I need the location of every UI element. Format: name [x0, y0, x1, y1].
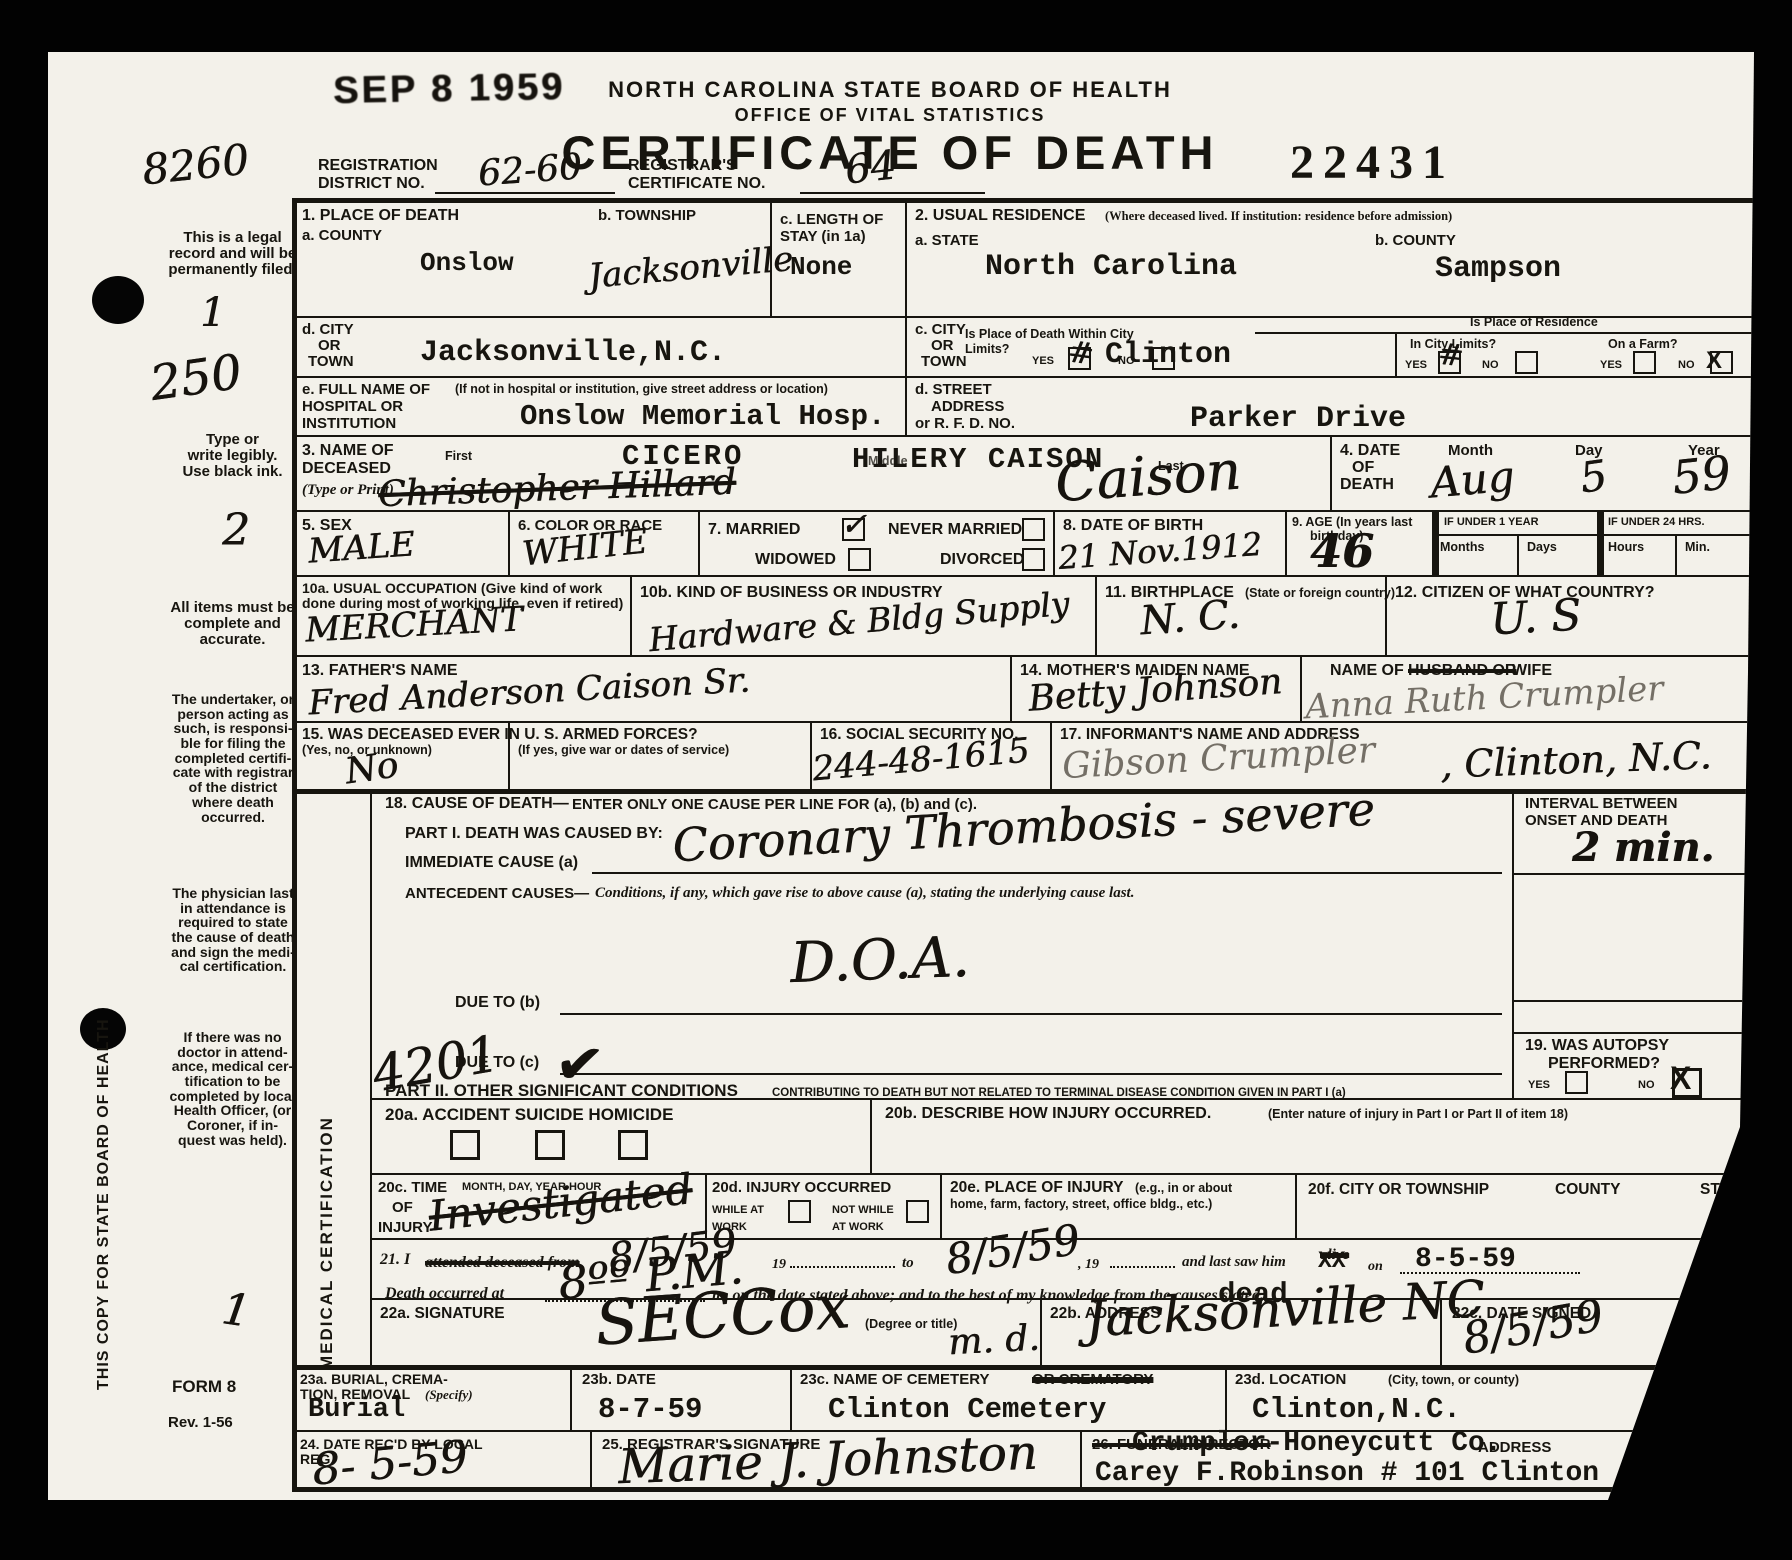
org-office: OFFICE OF VITAL STATISTICS — [450, 106, 1330, 125]
due-to-b-value: D.O.A. — [789, 925, 971, 996]
armed-forces-label: 15. WAS DECEASED EVER IN U. S. ARMED FOR… — [302, 727, 698, 743]
county-value: Onslow — [420, 248, 514, 278]
yes-label: YES — [1405, 360, 1427, 372]
year-19-prefix: 19 — [772, 1258, 786, 1273]
time-of-injury-label3: INJURY — [378, 1220, 432, 1236]
describe-injury-label: 20b. DESCRIBE HOW INJURY OCCURRED. — [885, 1106, 1211, 1123]
if-under-1-year-label: IF UNDER 1 YEAR — [1444, 517, 1539, 529]
margin-handwritten-8260: 8260 — [140, 135, 251, 195]
accident-checkbox — [450, 1130, 480, 1160]
not-while-at-work-checkbox — [906, 1200, 929, 1223]
hospital-label2: HOSPITAL OR — [302, 399, 403, 415]
autopsy-label: 19. WAS AUTOPSY — [1525, 1038, 1669, 1055]
hospital-label: e. FULL NAME OF — [302, 382, 430, 398]
sex-value: MALE — [307, 524, 416, 571]
birthplace-value: N. C. — [1139, 592, 1242, 645]
married-checkmark: ✓ — [840, 505, 867, 543]
street-address-label3: or R. F. D. NO. — [915, 416, 1015, 432]
last-saw-label: and last saw him — [1182, 1255, 1286, 1271]
org-name: NORTH CAROLINA STATE BOARD OF HEALTH — [450, 78, 1330, 101]
township-value: Jacksonville — [587, 239, 795, 297]
antecedent-label2: Conditions, if any, which gave rise to a… — [595, 886, 1134, 902]
spouse-name-label: NAME OF — [1330, 663, 1404, 680]
while-at-work-label: WHILE AT — [712, 1205, 764, 1217]
part2-label2: CONTRIBUTING TO DEATH BUT NOT RELATED TO… — [772, 1087, 1346, 1099]
degree-value: m. d. — [947, 1318, 1041, 1364]
location-label: 23d. LOCATION — [1235, 1372, 1346, 1388]
not-while-at-work-label: NOT WHILE — [832, 1205, 894, 1217]
injury-occurred-label: 20d. INJURY OCCURRED — [712, 1180, 891, 1196]
homicide-checkbox — [618, 1130, 648, 1160]
min-label: Min. — [1685, 541, 1710, 554]
residence-city-label2: OR — [931, 338, 954, 354]
death-year-value: 59 — [1669, 445, 1733, 505]
interval-value: 2 min. — [1572, 824, 1714, 871]
street-address-value: Parker Drive — [1190, 402, 1406, 436]
never-married-label: NEVER MARRIED — [888, 522, 1022, 539]
citizen-value: U. S — [1489, 590, 1583, 646]
registration-district-label2: DISTRICT NO. — [318, 176, 425, 193]
cemetery-label: 23c. NAME OF CEMETERY — [800, 1372, 989, 1388]
to-label: to — [902, 1256, 914, 1272]
attended-to-date: 8/5/59 — [942, 1215, 1083, 1285]
if-under-24-hrs-label: IF UNDER 24 HRS. — [1608, 517, 1705, 529]
injury-city-label: 20f. CITY OR TOWNSHIP — [1308, 1182, 1489, 1198]
autopsy-yes-checkbox — [1565, 1071, 1588, 1094]
while-at-work-checkbox — [788, 1200, 811, 1223]
death-day-value: 5 — [1577, 450, 1610, 502]
street-address-label: d. STREET — [915, 382, 992, 398]
usual-residence-label: 2. USUAL RESIDENCE — [915, 208, 1085, 225]
form-revision: Rev. 1-56 — [168, 1415, 233, 1431]
residence-city-value: Clinton — [1105, 338, 1231, 372]
informant-address-value: , Clinton, N.C. — [1439, 733, 1712, 786]
registrar-certificate-label2: CERTIFICATE NO. — [628, 176, 765, 193]
injury-state-label: STATE — [1700, 1182, 1749, 1198]
paper: SEP 8 1959 NORTH CAROLINA STATE BOARD OF… — [48, 52, 1758, 1500]
no-label: NO — [1482, 360, 1499, 372]
residence-city-label3: TOWN — [921, 354, 967, 370]
residence-state-value: North Carolina — [985, 250, 1237, 284]
never-married-checkbox — [1022, 518, 1045, 541]
cemetery-value: Clinton Cemetery — [828, 1393, 1106, 1426]
death-certificate-scan: SEP 8 1959 NORTH CAROLINA STATE BOARD OF… — [0, 0, 1792, 1560]
yes-label: YES — [1600, 360, 1622, 372]
township-label: b. TOWNSHIP — [598, 208, 696, 224]
length-of-stay-value: None — [790, 252, 852, 282]
date-of-death-label3: DEATH — [1340, 477, 1394, 494]
length-of-stay-label2: STAY (in 1a) — [780, 229, 866, 245]
date-of-death-label2: OF — [1352, 460, 1374, 477]
armed-forces-paren2: (If yes, give war or dates of service) — [518, 744, 729, 757]
months-label: Months — [1440, 541, 1484, 554]
yes-checkbox — [1633, 351, 1656, 374]
part1-label: PART I. DEATH WAS CAUSED BY: — [405, 826, 663, 843]
length-of-stay-label: c. LENGTH OF — [780, 212, 883, 228]
birthplace-paren: (State or foreign country) — [1245, 587, 1395, 600]
yes-checkmark: # — [1066, 334, 1096, 372]
registration-district-value: 62-60 — [477, 146, 583, 194]
on-label: on — [1368, 1260, 1383, 1275]
residence-state-label: a. STATE — [915, 233, 979, 249]
yes-label: YES — [1032, 356, 1054, 368]
not-while-at-work-label2: AT WORK — [832, 1222, 884, 1234]
antecedent-label: ANTECEDENT CAUSES— — [405, 886, 589, 902]
days-label: Days — [1527, 541, 1557, 554]
suicide-checkbox — [535, 1130, 565, 1160]
burial-date-value: 8-7-59 — [598, 1393, 702, 1426]
burial-value: Burial — [308, 1395, 405, 1425]
name-of-deceased-label: 3. NAME OF — [302, 443, 394, 460]
attended-label: 21. I — [380, 1252, 410, 1269]
age-value: 46 — [1310, 524, 1374, 578]
yes-checkmark: # — [1436, 337, 1465, 374]
residence-county-label: b. COUNTY — [1375, 233, 1456, 249]
time-of-injury-label2: OF — [392, 1200, 413, 1216]
city-label3: TOWN — [308, 354, 354, 370]
place-of-death-label: 1. PLACE OF DEATH — [302, 208, 459, 225]
interval-label: INTERVAL BETWEEN — [1525, 796, 1678, 812]
hospital-label-paren: (If not in hospital or institution, give… — [455, 383, 828, 396]
place-of-injury-paren2: home, farm, factory, street, office bldg… — [950, 1198, 1212, 1211]
injury-county-label: COUNTY — [1555, 1182, 1620, 1198]
part2-checkmark: ✔ — [552, 1028, 607, 1101]
burial-label: 23a. BURIAL, CREMA- — [300, 1372, 448, 1387]
usual-residence-paren: (Where deceased lived. If institution: r… — [1105, 210, 1452, 223]
punch-hole — [92, 276, 144, 324]
registration-district-label: REGISTRATION — [318, 158, 438, 175]
year-19-prefix2: , 19 — [1078, 1258, 1099, 1273]
hospital-label3: INSTITUTION — [302, 416, 396, 432]
no-checkbox — [1515, 351, 1538, 374]
location-paren: (City, town, or county) — [1388, 1374, 1519, 1387]
deceased-name-struck-handwritten: Christopher Hillard — [377, 462, 736, 515]
physician-address-value: Jacksonville NC — [1084, 1270, 1486, 1349]
city-limits-question2: Limits? — [965, 343, 1009, 356]
place-of-injury-label: 20e. PLACE OF INJURY — [950, 1180, 1123, 1196]
divorced-label: DIVORCED — [940, 552, 1024, 569]
on-a-farm-label: On a Farm? — [1608, 338, 1677, 351]
funeral-home-value: Crumpler-Honeycutt Co. — [1132, 1428, 1502, 1459]
city-label2: OR — [318, 338, 341, 354]
funeral-director-value: Carey F.Robinson # 101 Clinton — [1095, 1458, 1599, 1489]
place-of-injury-paren: (e.g., in or about — [1135, 1182, 1232, 1195]
xx-overstrike: XX — [1318, 1248, 1346, 1274]
form-number: FORM 8 — [172, 1378, 236, 1396]
burial-date-label: 23b. DATE — [582, 1372, 656, 1388]
or-crematory-struck: OR CREMATORY — [1032, 1372, 1153, 1388]
no-label: NO — [1638, 1080, 1655, 1092]
armed-forces-value: No — [342, 744, 400, 792]
autopsy-no-x-mark: X — [1670, 1062, 1691, 1096]
residence-county-value: Sampson — [1435, 252, 1561, 286]
death-occurred-label: Death occurred at — [385, 1286, 504, 1303]
hours-label: Hours — [1608, 541, 1644, 554]
widowed-checkbox — [848, 548, 871, 571]
margin-note-complete: All items must be complete and accurate. — [150, 600, 315, 647]
margin-mark-250: 250 — [147, 344, 246, 412]
county-label: a. COUNTY — [302, 228, 382, 244]
registrar-certificate-label: REGISTRAR'S — [628, 158, 737, 175]
margin-note-legal: This is a legal record and will be perma… — [150, 230, 315, 277]
medical-certification-strip: MEDICAL CERTIFICATION — [318, 930, 336, 1370]
immediate-cause-label: IMMEDIATE CAUSE (a) — [405, 855, 578, 872]
married-label: 7. MARRIED — [708, 522, 800, 539]
accident-suicide-homicide-label: 20a. ACCIDENT SUICIDE HOMICIDE — [385, 1106, 673, 1124]
year-19-prefix3: 19 — [1718, 1262, 1732, 1277]
date-of-death-label: 4. DATE — [1340, 443, 1400, 460]
burial-specify-label: (Specify) — [425, 1388, 473, 1402]
no-label: NO — [1678, 360, 1695, 372]
location-state-label: (State) — [1652, 1380, 1691, 1393]
describe-injury-paren: (Enter nature of injury in Part I or Par… — [1268, 1108, 1568, 1121]
signature-label: 22a. SIGNATURE — [380, 1306, 505, 1322]
margin-note-legibly: Type or write legibly. Use black ink. — [150, 432, 315, 479]
margin-vertical-note: THIS COPY FOR STATE BOARD OF HEALTH — [96, 560, 113, 1390]
street-address-label2: ADDRESS — [931, 399, 1004, 415]
no-x-mark: X — [1706, 348, 1722, 373]
occupation-label: 10a. USUAL OCCUPATION (Give kind of work — [302, 581, 602, 596]
residence-city-label: c. CITY — [915, 322, 966, 338]
degree-or-title-label: (Degree or title) — [865, 1318, 957, 1331]
death-month-value: Aug — [1428, 451, 1516, 507]
location-value: Clinton,N.C. — [1252, 1393, 1461, 1426]
margin-mark-1: 1 — [200, 290, 225, 336]
registrar-certificate-value: 64 — [843, 142, 898, 193]
widowed-label: WIDOWED — [755, 552, 836, 569]
hospital-value: Onslow Memorial Hosp. — [520, 400, 885, 433]
margin-mark-slash: 1 — [219, 1283, 254, 1337]
yes-label: YES — [1528, 1080, 1550, 1092]
city-label: d. CITY — [302, 322, 354, 338]
first-name-label: First — [445, 450, 472, 463]
serial-number: 22431 — [1290, 138, 1455, 188]
due-to-b-label: DUE TO (b) — [455, 995, 540, 1012]
cause-of-death-label: 18. CAUSE OF DEATH— — [385, 796, 569, 813]
margin-mark-2: 2 — [222, 505, 250, 556]
place-of-residence-question: Is Place of Residence — [1470, 316, 1598, 329]
city-value: Jacksonville,N.C. — [420, 336, 726, 370]
divorced-checkbox — [1022, 548, 1045, 571]
deceased-last-name-script: Caison — [1053, 439, 1243, 515]
